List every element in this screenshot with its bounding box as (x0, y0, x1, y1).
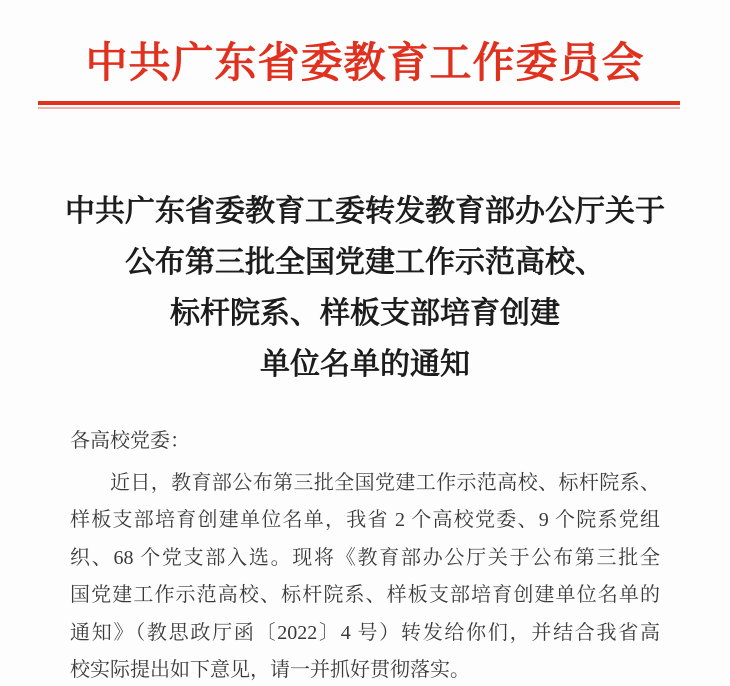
document-title-line: 公布第三批全国党建工作示范高校、 (0, 237, 730, 288)
document-title-line: 单位名单的通知 (0, 339, 730, 390)
document-page: 中共广东省委教育工作委员会 中共广东省委教育工委转发教育部办公厅关于 公布第三批… (0, 0, 730, 686)
paragraph-line: 织、68 个党支部入选。现将《教育部办公厅关于公布第三批全 (70, 540, 660, 578)
letterhead-rule (38, 101, 680, 109)
body-paragraph: 近日，教育部公布第三批全国党建工作示范高校、标杆院系、 样板支部培育创建单位名单… (70, 465, 660, 686)
paragraph-line: 近日，教育部公布第三批全国党建工作示范高校、标杆院系、 (70, 465, 660, 503)
document-title: 中共广东省委教育工委转发教育部办公厅关于 公布第三批全国党建工作示范高校、 标杆… (0, 186, 730, 390)
document-body: 各高校党委： 近日，教育部公布第三批全国党建工作示范高校、标杆院系、 样板支部培… (70, 423, 660, 686)
paragraph-line: 校实际提出如下意见，请一并抓好贯彻落实。 (70, 652, 660, 686)
document-title-line: 中共广东省委教育工委转发教育部办公厅关于 (0, 186, 730, 237)
letterhead-rule-thick (38, 101, 680, 105)
paragraph-line: 样板支部培育创建单位名单，我省 2 个高校党委、9 个院系党组 (70, 502, 660, 540)
letterhead-rule-thin (38, 107, 680, 109)
salutation: 各高校党委： (70, 423, 660, 461)
paragraph-line: 国党建工作示范高校、标杆院系、样板支部培育创建单位名单的 (70, 577, 660, 615)
paragraph-line: 通知》（教思政厅函〔2022〕4 号）转发给你们，并结合我省高 (70, 615, 660, 653)
letterhead-org-name: 中共广东省委教育工作委员会 (0, 36, 730, 92)
document-title-line: 标杆院系、样板支部培育创建 (0, 288, 730, 339)
